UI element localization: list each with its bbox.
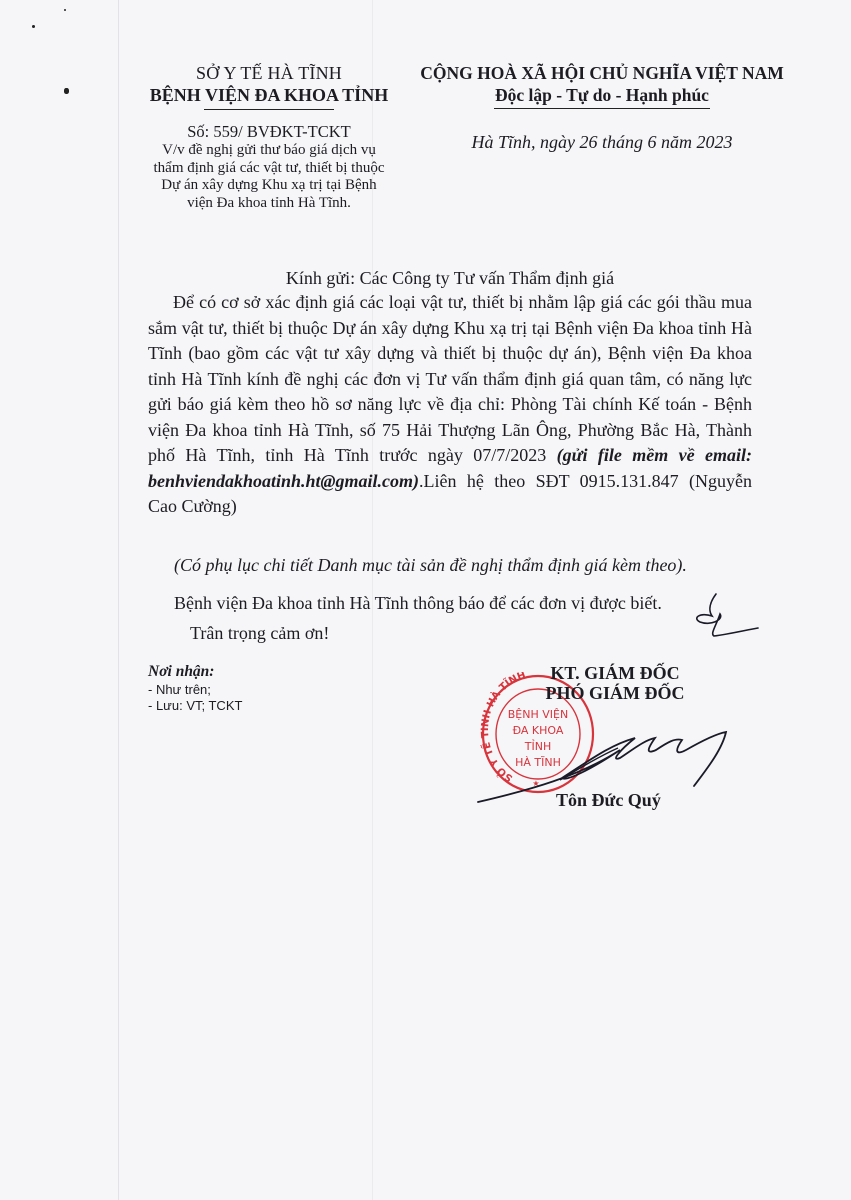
signer-title: PHÓ GIÁM ĐỐC bbox=[530, 683, 700, 703]
hospital-name: BỆNH VIỆN ĐA KHOA TỈNH bbox=[128, 84, 410, 106]
body-paragraph: Để có cơ sở xác định giá các loại vật tư… bbox=[148, 290, 752, 520]
motto-underline bbox=[494, 108, 710, 109]
initial-mark-icon bbox=[690, 590, 760, 640]
scan-fold-line bbox=[118, 0, 119, 1200]
nation-title: CỘNG HOÀ XÃ HỘI CHỦ NGHĨA VIỆT NAM bbox=[412, 62, 792, 84]
signature-block: KT. GIÁM ĐỐC PHÓ GIÁM ĐỐC bbox=[530, 663, 700, 703]
issuer-header: SỞ Y TẾ HÀ TĨNH BỆNH VIỆN ĐA KHOA TỈNH S… bbox=[128, 62, 410, 212]
document-number: Số: 559/ BVĐKT-TCKT bbox=[128, 122, 410, 142]
salutation: Kính gửi: Các Công ty Tư vấn Thẩm định g… bbox=[150, 266, 750, 290]
recipient-item: - Lưu: VT; TCKT bbox=[148, 698, 242, 714]
recipient-item: - Như trên; bbox=[148, 682, 242, 698]
header-underline bbox=[204, 109, 334, 110]
document-subject: V/v đề nghị gửi thư báo giá dịch vụ thẩm… bbox=[128, 142, 410, 212]
national-header: CỘNG HOÀ XÃ HỘI CHỦ NGHĨA VIỆT NAM Độc l… bbox=[412, 62, 792, 153]
closing-thanks: Trân trọng cảm ơn! bbox=[190, 621, 329, 645]
national-motto: Độc lập - Tự do - Hạnh phúc bbox=[412, 84, 792, 106]
document-date: Hà Tĩnh, ngày 26 tháng 6 năm 2023 bbox=[412, 131, 792, 153]
recipients-title: Nơi nhận: bbox=[148, 662, 242, 682]
notify-line: Bệnh viện Đa khoa tỉnh Hà Tĩnh thông báo… bbox=[174, 591, 662, 615]
ministry-name: SỞ Y TẾ HÀ TĨNH bbox=[128, 62, 410, 84]
recipients-list: Nơi nhận: - Như trên; - Lưu: VT; TCKT bbox=[148, 662, 242, 714]
signer-role: KT. GIÁM ĐỐC bbox=[530, 663, 700, 683]
scan-speck bbox=[32, 25, 35, 28]
document-page: SỞ Y TẾ HÀ TĨNH BỆNH VIỆN ĐA KHOA TỈNH S… bbox=[0, 0, 851, 1200]
scan-speck bbox=[64, 88, 69, 94]
annex-note: (Có phụ lục chi tiết Danh mục tài sản đề… bbox=[174, 553, 687, 577]
signer-name: Tôn Đức Quý bbox=[556, 790, 661, 811]
scan-speck bbox=[64, 9, 66, 11]
